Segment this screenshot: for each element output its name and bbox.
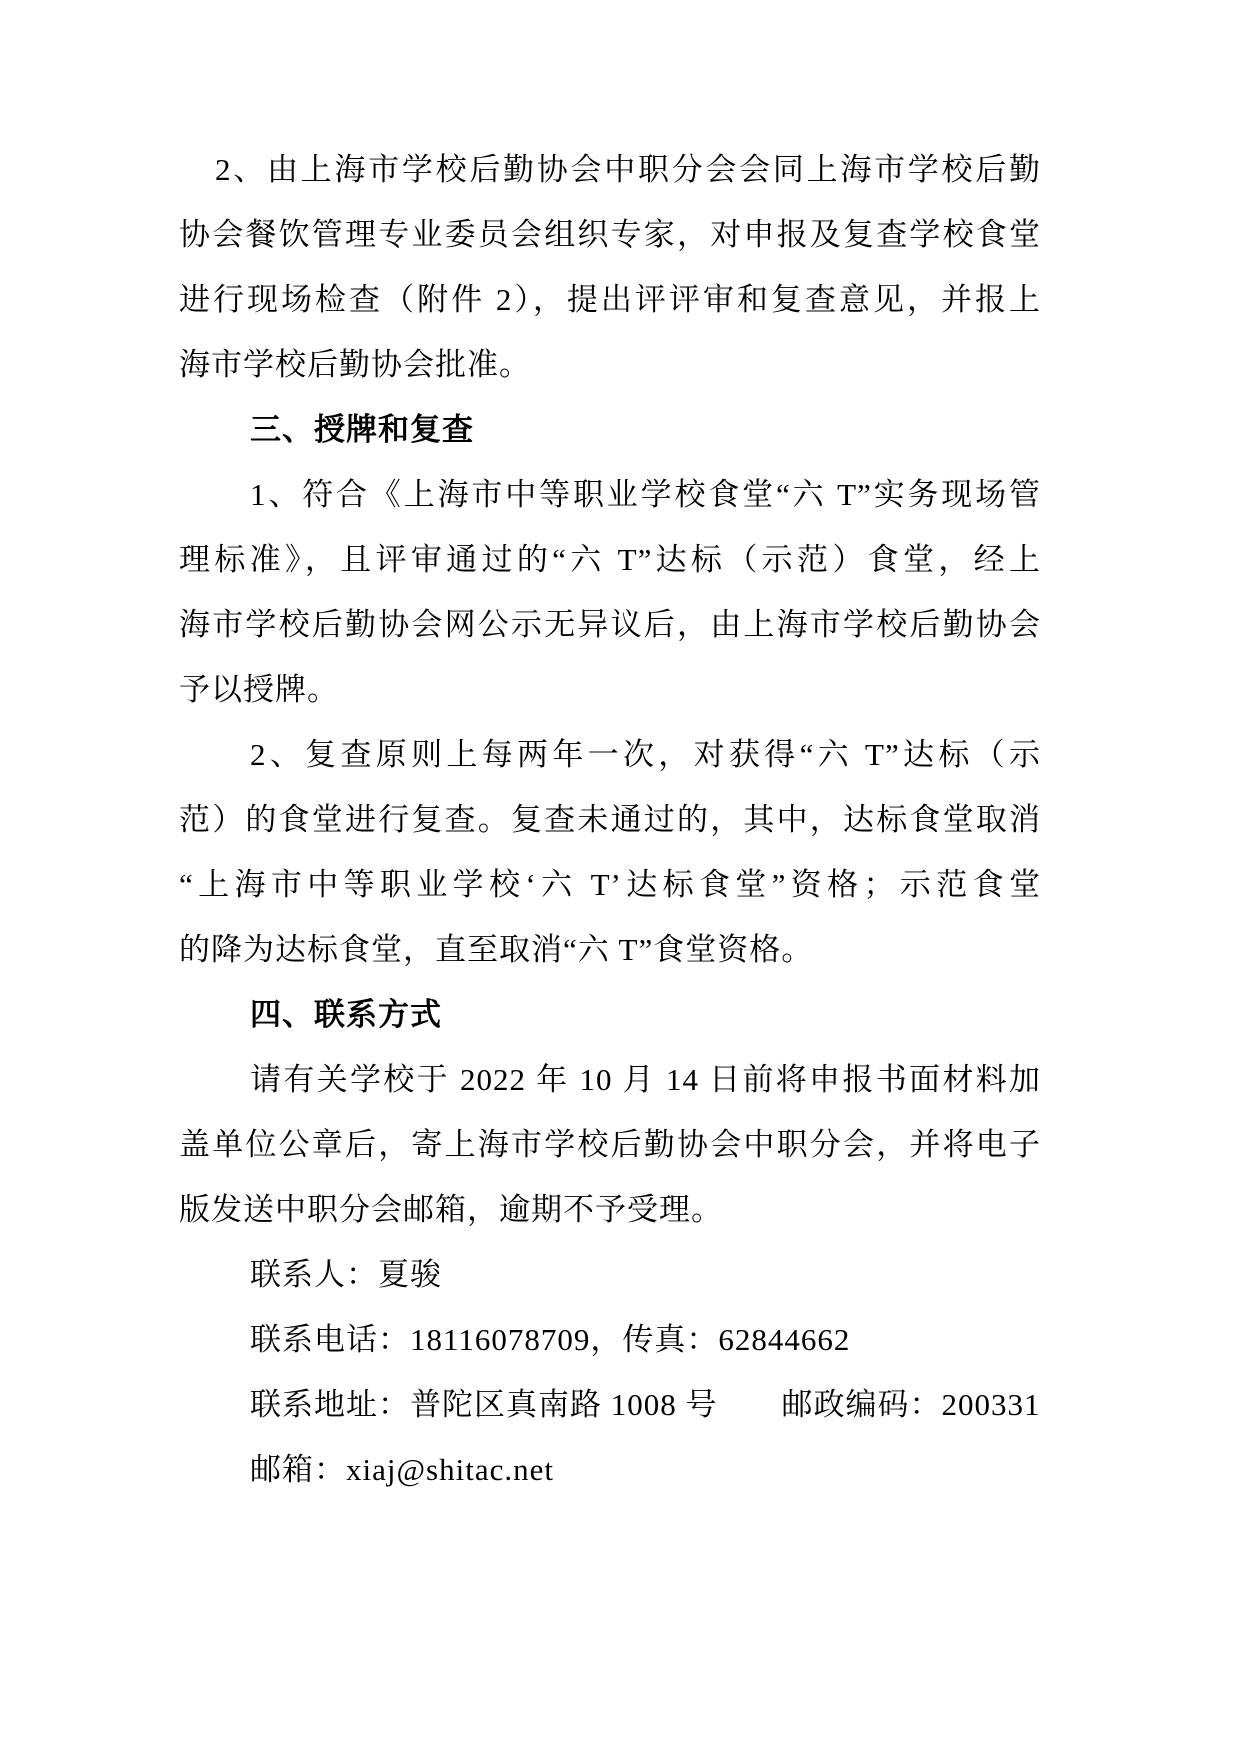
document-line: 理标准》，且评审通过的“六 T”达标（示范）食堂，经上 <box>179 527 1041 592</box>
section-heading-4: 四、联系方式 <box>179 982 1041 1047</box>
document-page: 2、由上海市学校后勤协会中职分会会同上海市学校后勤 协会餐饮管理专业委员会组织专… <box>0 0 1241 1755</box>
document-line: 协会餐饮管理专业委员会组织专家，对申报及复查学校食堂 <box>179 202 1041 267</box>
contact-phone-line: 联系电话：18116078709，传真：62844662 <box>179 1307 1041 1372</box>
paragraph-submission: 请有关学校于 2022 年 10 月 14 日前将申报书面材料加 盖单位公章后，… <box>179 1047 1041 1242</box>
document-line: 版发送中职分会邮箱，逾期不予受理。 <box>179 1177 1041 1242</box>
section-heading-text: 三、授牌和复查 <box>179 397 1041 462</box>
document-line: 请有关学校于 2022 年 10 月 14 日前将申报书面材料加 <box>179 1047 1041 1112</box>
section-heading-text: 四、联系方式 <box>179 982 1041 1047</box>
contact-person-line: 联系人：夏骏 <box>179 1242 1041 1307</box>
document-line: 1、符合《上海市中等职业学校食堂“六 T”实务现场管 <box>179 462 1041 527</box>
document-line: 进行现场检查（附件 2），提出评评审和复查意见，并报上 <box>179 267 1041 332</box>
paragraph-plaque-award: 1、符合《上海市中等职业学校食堂“六 T”实务现场管 理标准》，且评审通过的“六… <box>179 462 1041 722</box>
document-line: 的降为达标食堂，直至取消“六 T”食堂资格。 <box>179 917 1041 982</box>
section-heading-3: 三、授牌和复查 <box>179 397 1041 462</box>
document-line: 2、复查原则上每两年一次，对获得“六 T”达标（示 <box>179 722 1041 787</box>
document-line: 海市学校后勤协会网公示无异议后，由上海市学校后勤协会 <box>179 592 1041 657</box>
document-line: 海市学校后勤协会批准。 <box>179 332 1041 397</box>
document-line: 盖单位公章后，寄上海市学校后勤协会中职分会，并将电子 <box>179 1112 1041 1177</box>
contact-address: 联系地址：普陀区真南路 1008 号 邮政编码：200331 <box>179 1372 1041 1437</box>
paragraph-review-process: 2、由上海市学校后勤协会中职分会会同上海市学校后勤 协会餐饮管理专业委员会组织专… <box>179 137 1041 397</box>
document-content: 2、由上海市学校后勤协会中职分会会同上海市学校后勤 协会餐饮管理专业委员会组织专… <box>179 137 1041 1502</box>
contact-email: 邮箱：xiaj@shitac.net <box>179 1437 1041 1502</box>
contact-person: 联系人：夏骏 <box>179 1242 1041 1307</box>
document-line: “上海市中等职业学校‘六 T’达标食堂”资格；示范食堂 <box>179 852 1041 917</box>
contact-email-line: 邮箱：xiaj@shitac.net <box>179 1437 1041 1502</box>
document-line: 予以授牌。 <box>179 657 1041 722</box>
document-line: 2、由上海市学校后勤协会中职分会会同上海市学校后勤 <box>179 137 1041 202</box>
contact-phone: 联系电话：18116078709，传真：62844662 <box>179 1307 1041 1372</box>
paragraph-reinspection: 2、复查原则上每两年一次，对获得“六 T”达标（示 范）的食堂进行复查。复查未通… <box>179 722 1041 982</box>
contact-address-line: 联系地址：普陀区真南路 1008 号 邮政编码：200331 <box>179 1372 1041 1437</box>
document-line: 范）的食堂进行复查。复查未通过的，其中，达标食堂取消 <box>179 787 1041 852</box>
